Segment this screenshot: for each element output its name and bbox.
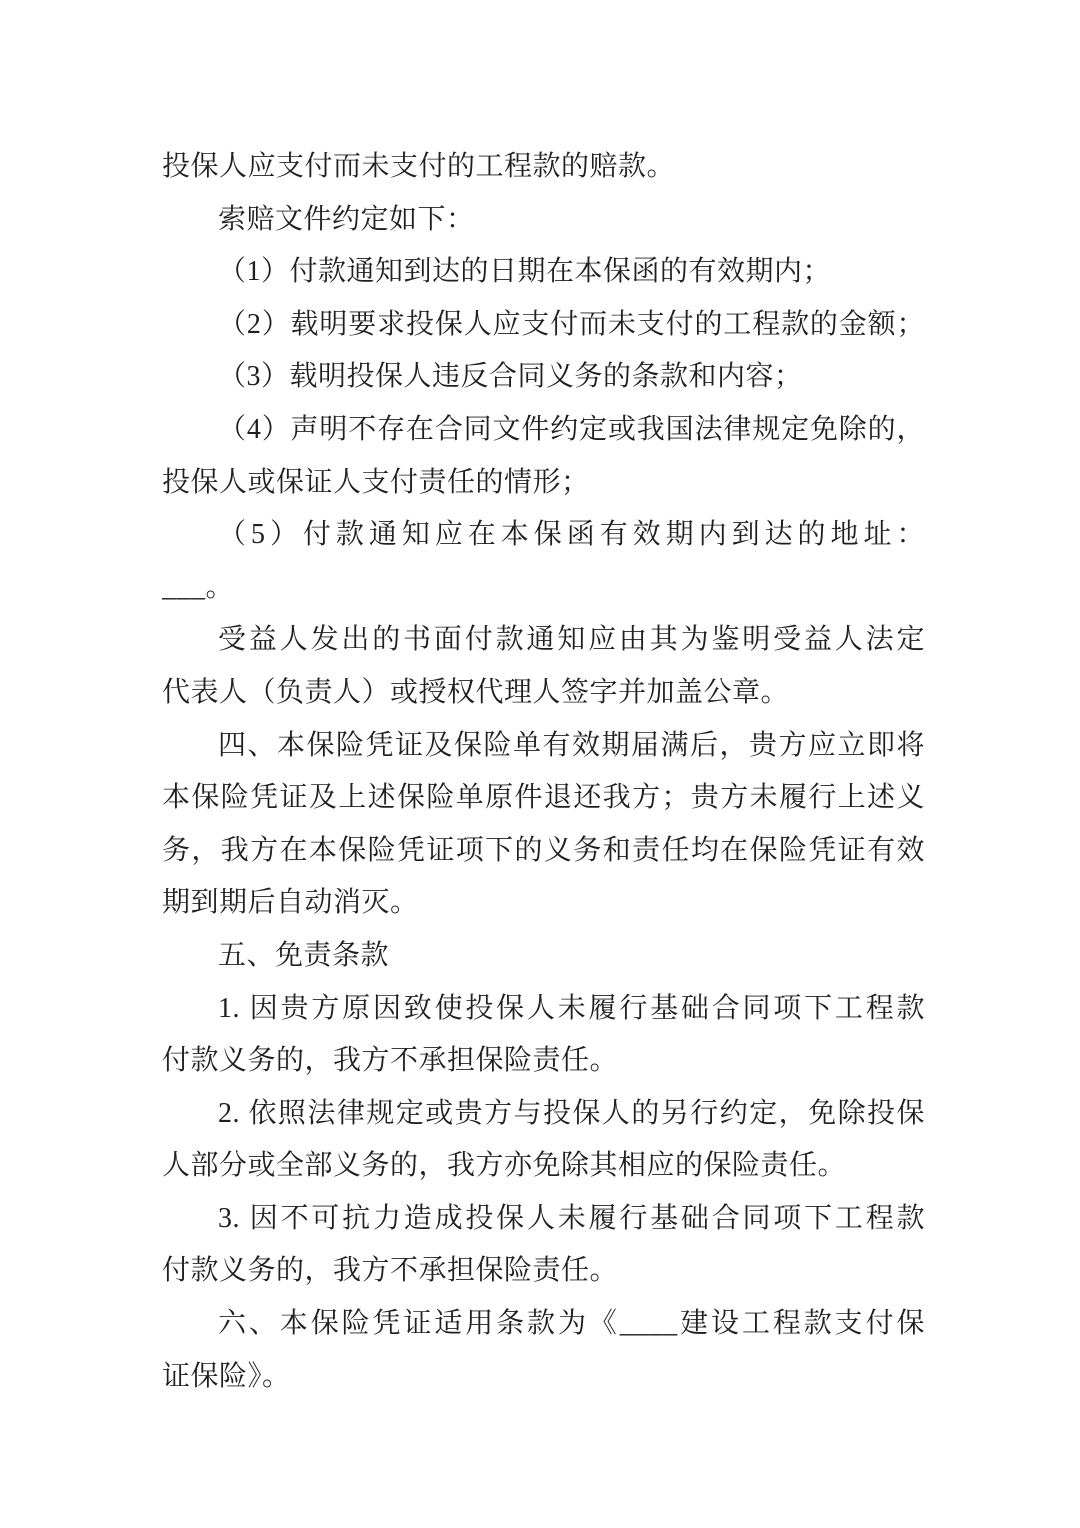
document-line: 受益人发出的书面付款通知应由其为鉴明受益人法定	[162, 614, 925, 667]
clause-six-line: 六、本保险凭证适用条款为《____建设工程款支付保	[162, 1298, 925, 1351]
clause-four-line: 四、本保险凭证及保险单有效期届满后，贵方应立即将	[162, 720, 925, 773]
document-line: 1. 因贵方原因致使投保人未履行基础合同项下工程款	[162, 983, 925, 1036]
document-line: 付款义务的，我方不承担保险责任。	[162, 1035, 925, 1088]
document-line: 投保人应支付而未支付的工程款的赔款。	[162, 141, 925, 194]
document-line: 证保险》。	[162, 1351, 925, 1404]
document-page: 投保人应支付而未支付的工程款的赔款。 索赔文件约定如下： （1）付款通知到达的日…	[0, 0, 1080, 1528]
document-line: （3）载明投保人违反合同义务的条款和内容；	[162, 351, 925, 404]
document-line: （4）声明不存在合同文件约定或我国法律规定免除的，	[162, 404, 925, 457]
document-line: 本保险凭证及上述保险单原件退还我方；贵方未履行上述义	[162, 772, 925, 825]
document-line: （2）载明要求投保人应支付而未支付的工程款的金额；	[162, 299, 925, 352]
document-line: 2. 依照法律规定或贵方与投保人的另行约定，免除投保	[162, 1088, 925, 1141]
document-line: 期到期后自动消灭。	[162, 877, 925, 930]
document-line: 付款义务的，我方不承担保险责任。	[162, 1245, 925, 1298]
document-line: 人部分或全部义务的，我方亦免除其相应的保险责任。	[162, 1140, 925, 1193]
document-line: （1）付款通知到达的日期在本保函的有效期内；	[162, 246, 925, 299]
document-line: （5）付款通知应在本保函有效期内到达的地址：	[162, 509, 925, 562]
document-line: 3. 因不可抗力造成投保人未履行基础合同项下工程款	[162, 1193, 925, 1246]
document-line: 投保人或保证人支付责任的情形；	[162, 457, 925, 510]
document-line: 索赔文件约定如下：	[162, 194, 925, 247]
document-line: 代表人（负责人）或授权代理人签字并加盖公章。	[162, 667, 925, 720]
clause-five-heading: 五、免责条款	[162, 930, 925, 983]
blank-underline-line: ___。	[162, 562, 925, 615]
document-line: 务，我方在本保险凭证项下的义务和责任均在保险凭证有效	[162, 825, 925, 878]
